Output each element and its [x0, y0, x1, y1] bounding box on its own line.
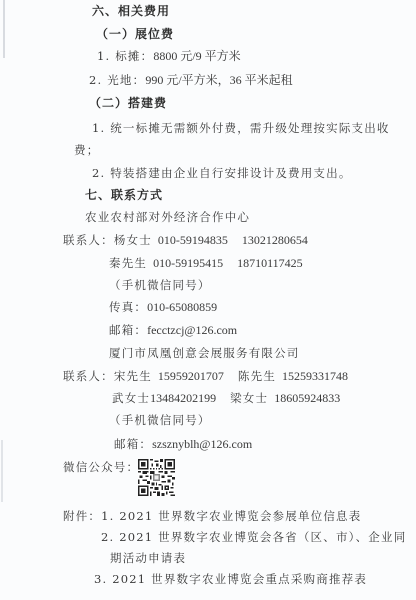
item-label: 2. 光地：: [89, 73, 145, 87]
booth-fee-item-2: 2. 光地：990 元/平方米，36 平米起租: [89, 73, 293, 87]
attachments-label: 附件：: [63, 509, 101, 523]
construction-fee-item-2: 2. 特装搭建由企业自行安排设计及费用支出。: [92, 166, 352, 180]
construction-fee-item-1: 1. 统一标摊无需额外付费，需升级处理按实际支出收: [92, 121, 390, 135]
contact-name: 秦先生: [109, 256, 147, 270]
contact-mobile: 13484202199: [150, 391, 216, 405]
org2-email: 邮箱：szsznyblh@126.com: [114, 437, 252, 451]
attachment-item-3: 3. 2021 世界数字农业博览会重点采购商推荐表: [94, 572, 367, 586]
org2-wechat-note: （手机微信同号）: [109, 413, 211, 427]
org1-contact-2: 秦先生010-5919541518710117425: [109, 256, 303, 270]
booth-fee-item-1: 1. 标摊：8800 元/9 平方米: [97, 49, 241, 63]
email-label: 邮箱：: [109, 323, 147, 337]
attachment-item-2: 2. 2021 世界数字农业博览会各省（区、市）、企业同: [101, 530, 406, 544]
construction-fee-item-1-cont: 费；: [74, 143, 99, 157]
org2-name: 厦门市凤凰创意会展服务有限公司: [109, 346, 300, 360]
item-value: 8800 元/9 平方米: [153, 49, 240, 63]
contact-label: 联系人：: [63, 233, 114, 247]
attachment-item-2-cont: 期活动申请表: [110, 551, 186, 565]
contact-mobile: 18605924833: [274, 391, 340, 405]
contact-name: 梁女士: [230, 391, 268, 405]
scan-edge-artifact: [3, 0, 5, 58]
contact-mobile: 15959201707: [158, 369, 224, 383]
contact-name: 宋先生: [114, 369, 152, 383]
contact-mobile: 13021280654: [242, 233, 308, 247]
email-label: 邮箱：: [114, 437, 152, 451]
contact-label: 联系人：: [63, 369, 114, 383]
scan-edge-artifact: [1, 440, 3, 502]
org1-wechat-note: （手机微信同号）: [109, 278, 211, 292]
section-6-heading: 六、相关费用: [92, 4, 170, 18]
contact-name: 杨女士: [114, 233, 152, 247]
fax-label: 传真：: [109, 300, 147, 314]
contact-mobile: 18710117425: [237, 256, 303, 270]
org1-fax: 传真：010-65080859: [109, 300, 217, 314]
contact-mobile: 15259331748: [282, 369, 348, 383]
org2-contacts-row-1: 联系人：宋先生15959201707陈先生15259331748: [63, 369, 348, 383]
attachment-item-1: 附件：1. 2021 世界数字农业博览会参展单位信息表: [63, 509, 361, 523]
booth-fee-heading: （一）展位费: [96, 27, 174, 41]
contact-name: 陈先生: [238, 369, 276, 383]
org2-contacts-row-2: 武女士13484202199梁女士18605924833: [112, 391, 340, 405]
org1-name: 农业农村部对外经济合作中心: [85, 210, 250, 224]
contact-phone: 010-59195415: [153, 256, 223, 270]
contact-phone: 010-59194835: [158, 233, 228, 247]
section-7-heading: 七、联系方式: [85, 188, 163, 202]
item-value: 990 元/平方米，36 平米起租: [145, 73, 292, 87]
contact-name: 武女士: [112, 391, 150, 405]
wechat-account-label: 微信公众号：: [63, 460, 139, 474]
email-value: szsznyblh@126.com: [152, 437, 252, 451]
org1-email: 邮箱：fecctzcj@126.com: [109, 323, 237, 337]
construction-fee-heading: （二）搭建费: [89, 96, 167, 110]
fax-value: 010-65080859: [147, 300, 217, 314]
attachment-title: 1. 2021 世界数字农业博览会参展单位信息表: [101, 509, 361, 523]
document-page: 六、相关费用 （一）展位费 1. 标摊：8800 元/9 平方米 2. 光地：9…: [0, 0, 416, 600]
email-value: fecctzcj@126.com: [147, 323, 237, 337]
org1-contact-1: 联系人：杨女士010-5919483513021280654: [63, 233, 308, 247]
item-label: 1. 标摊：: [97, 49, 153, 63]
qr-code-icon: [138, 459, 175, 496]
